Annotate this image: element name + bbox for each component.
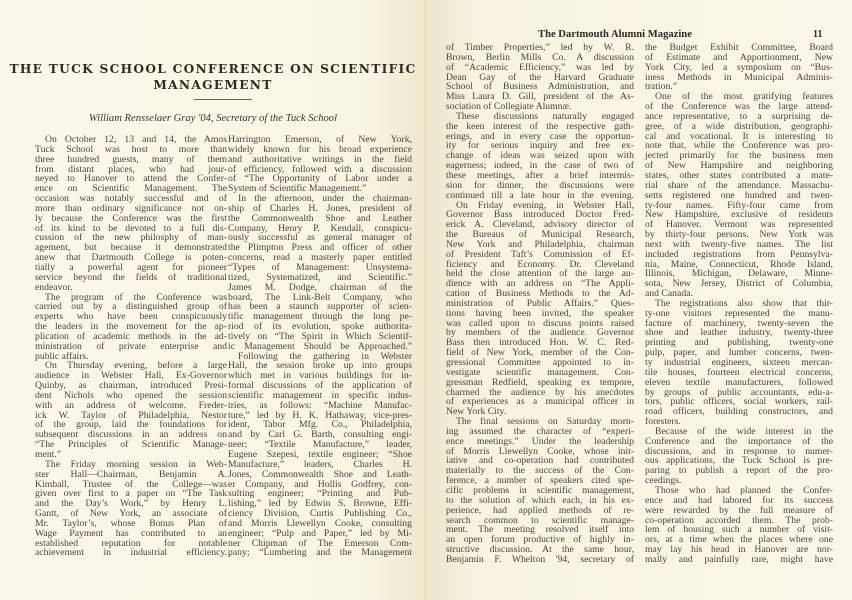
- column-2: Harrington Emerson, of New York,widely k…: [228, 135, 412, 558]
- column-3: of Timber Properties,” led by W. R.Brown…: [446, 43, 634, 565]
- text-line: pany; “Lumbering and the Management: [228, 548, 412, 558]
- title-divider: [194, 99, 252, 100]
- text-line: Benjamin F. Whelton '94, secretary of: [446, 555, 634, 565]
- running-head: The Dartmouth Alumni Magazine: [538, 29, 692, 40]
- byline: William Rensselaer Gray '04, Secretary o…: [0, 113, 426, 124]
- page-gutter: [424, 0, 430, 600]
- right-page: The Dartmouth Alumni Magazine 11 of Timb…: [426, 0, 852, 600]
- article-title-line2: MANAGEMENT: [0, 77, 426, 93]
- column-4: the Budget Exhibit Committee, Boardof Es…: [645, 43, 833, 565]
- text-line: “The Principles of Scientific Manage-: [35, 440, 227, 450]
- left-page: THE TUCK SCHOOL CONFERENCE ON SCIENTIFIC…: [0, 0, 426, 600]
- column-1: On October 12, 13 and 14, the AmosTuck S…: [35, 135, 227, 558]
- magazine-spread: THE TUCK SCHOOL CONFERENCE ON SCIENTIFIC…: [0, 0, 852, 600]
- text-line: achievement in industrial efficiency.: [35, 548, 227, 558]
- article-title: THE TUCK SCHOOL CONFERENCE ON SCIENTIFIC…: [0, 61, 426, 93]
- article-title-line1: THE TUCK SCHOOL CONFERENCE ON SCIENTIFIC: [0, 61, 426, 77]
- page-number: 11: [813, 29, 822, 40]
- text-line: mally and painfully rare, might have: [645, 555, 833, 565]
